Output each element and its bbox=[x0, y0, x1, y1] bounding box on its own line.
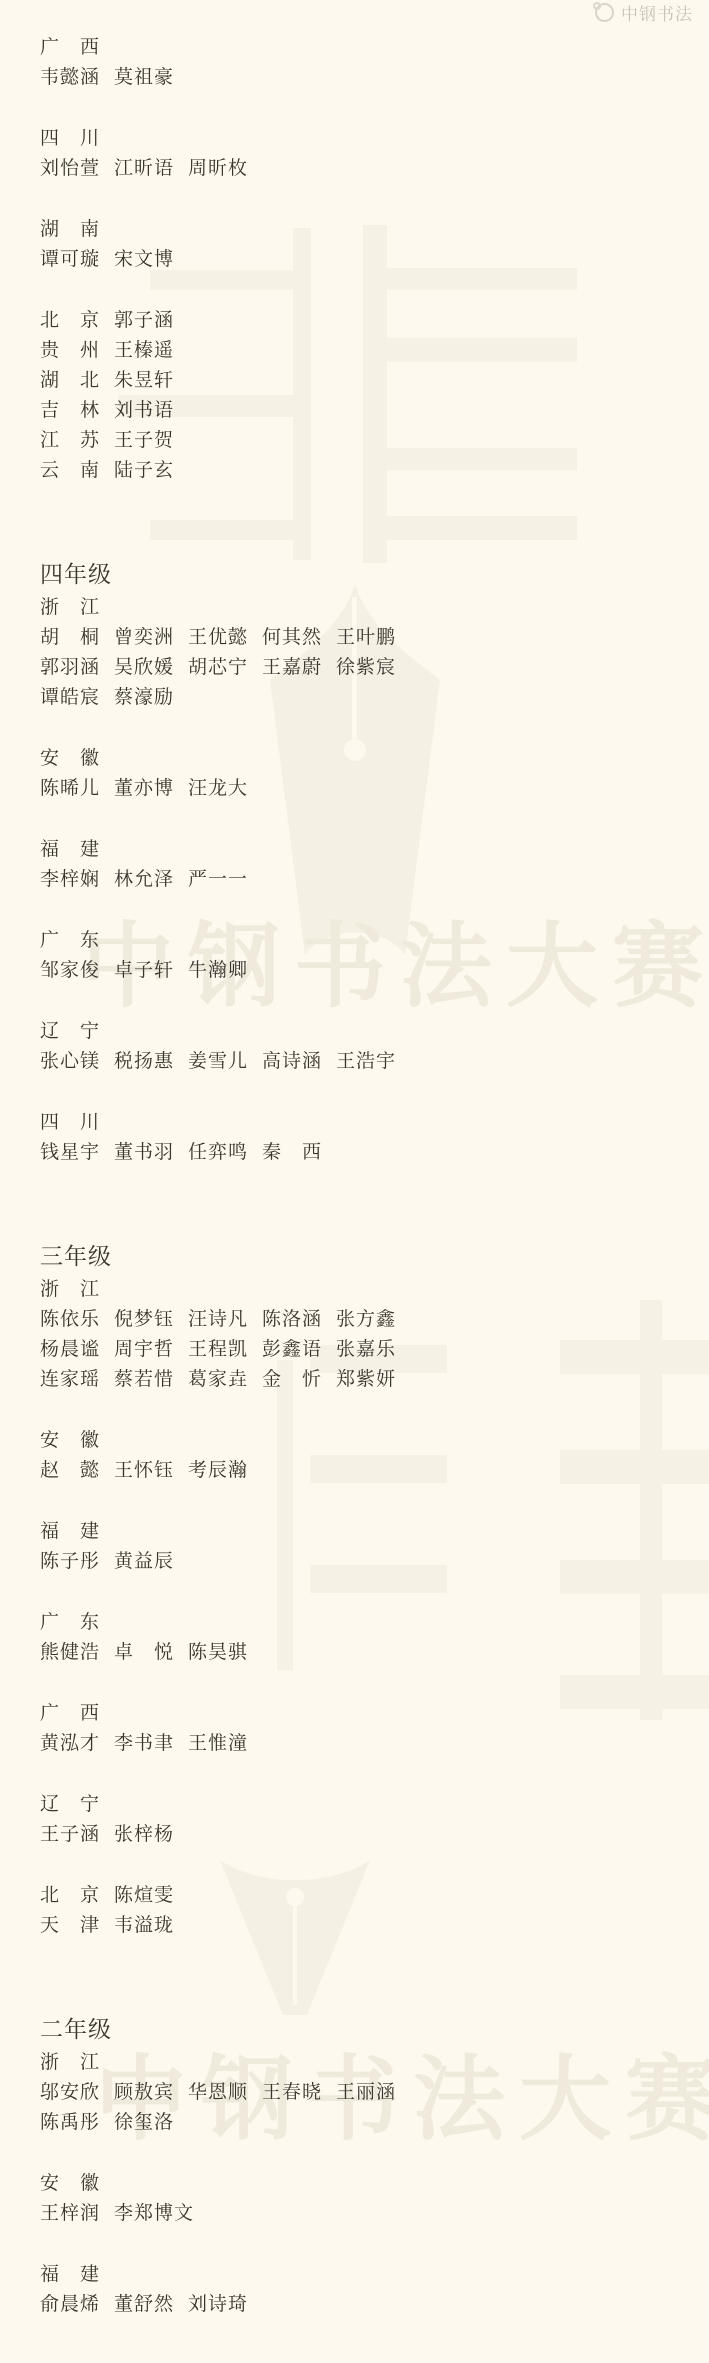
name-row: 胡 桐曾奕洲王优懿何其然王叶鹏 bbox=[40, 623, 709, 653]
winner-name: 金 忻 bbox=[262, 1365, 336, 1395]
province-row: 辽 宁 bbox=[40, 1017, 709, 1047]
winner-name: 考辰瀚 bbox=[188, 1456, 262, 1486]
province-row: 浙 江 bbox=[40, 2048, 709, 2078]
winner-name: 朱昱轩 bbox=[114, 366, 188, 396]
province-group: 福 建陈子彤黄益辰 bbox=[40, 1517, 709, 1577]
province-label: 广 东 bbox=[40, 926, 114, 956]
grade-section: 二年级浙 江邬安欣顾敖宾华恩顺王春晓王丽涵陈禹彤徐玺洛安 徽王梓润李郑博文福 建… bbox=[40, 2012, 709, 2320]
winner-name: 俞晨烯 bbox=[40, 2290, 114, 2320]
pair-row: 贵 州王榛遥 bbox=[40, 336, 709, 366]
winner-name: 林允泽 bbox=[114, 865, 188, 895]
winner-name: 陈洛涵 bbox=[262, 1305, 336, 1335]
name-row: 刘怡萱江昕语周昕枚 bbox=[40, 154, 709, 184]
province-group: 辽 宁张心镁税扬惠姜雪儿高诗涵王浩宇 bbox=[40, 1017, 709, 1077]
province-label: 北 京 bbox=[40, 1881, 114, 1911]
grade-section: 四年级浙 江胡 桐曾奕洲王优懿何其然王叶鹏郭羽涵吴欣媛胡芯宁王嘉蔚徐紫宸谭皓宸蔡… bbox=[40, 557, 709, 1168]
winner-name: 陈煊雯 bbox=[114, 1881, 188, 1911]
pair-row: 云 南陆子玄 bbox=[40, 456, 709, 486]
grade-section: 广 西韦懿涵莫祖豪四 川刘怡萱江昕语周昕枚湖 南谭可璇宋文博北 京郭子涵贵 州王… bbox=[40, 33, 709, 486]
winner-name: 陈禹彤 bbox=[40, 2108, 114, 2138]
province-label: 北 京 bbox=[40, 306, 114, 336]
name-row: 黄泓才李书聿王惟潼 bbox=[40, 1729, 709, 1759]
winner-name: 徐紫宸 bbox=[336, 653, 410, 683]
province-label: 安 徽 bbox=[40, 2169, 114, 2199]
winner-name: 黄泓才 bbox=[40, 1729, 114, 1759]
name-row: 俞晨烯董舒然刘诗琦 bbox=[40, 2290, 709, 2320]
name-row: 谭可璇宋文博 bbox=[40, 245, 709, 275]
province-row: 辽 宁 bbox=[40, 1790, 709, 1820]
winner-name: 王梓润 bbox=[40, 2199, 114, 2229]
province-row: 四 川 bbox=[40, 1108, 709, 1138]
winner-name: 王嘉蔚 bbox=[262, 653, 336, 683]
winner-name: 王惟潼 bbox=[188, 1729, 262, 1759]
province-group: 湖 南谭可璇宋文博 bbox=[40, 215, 709, 275]
winner-name: 顾敖宾 bbox=[114, 2078, 188, 2108]
province-label: 辽 宁 bbox=[40, 1790, 114, 1820]
province-label: 安 徽 bbox=[40, 744, 114, 774]
pair-row: 北 京郭子涵 bbox=[40, 306, 709, 336]
province-group: 广 西黄泓才李书聿王惟潼 bbox=[40, 1699, 709, 1759]
winner-name: 张嘉乐 bbox=[336, 1335, 410, 1365]
name-row: 张心镁税扬惠姜雪儿高诗涵王浩宇 bbox=[40, 1047, 709, 1077]
province-label: 云 南 bbox=[40, 456, 114, 486]
province-group: 四 川刘怡萱江昕语周昕枚 bbox=[40, 124, 709, 184]
province-label: 天 津 bbox=[40, 1911, 114, 1941]
winner-name: 张心镁 bbox=[40, 1047, 114, 1077]
province-label: 浙 江 bbox=[40, 593, 114, 623]
province-group: 安 徽王梓润李郑博文 bbox=[40, 2169, 709, 2229]
panda-logo-icon bbox=[595, 3, 614, 22]
winner-name: 刘怡萱 bbox=[40, 154, 114, 184]
winner-name: 王优懿 bbox=[188, 623, 262, 653]
winner-name: 刘诗琦 bbox=[188, 2290, 262, 2320]
province-row: 四 川 bbox=[40, 124, 709, 154]
grade-heading: 四年级 bbox=[40, 557, 709, 593]
province-row: 湖 南 bbox=[40, 215, 709, 245]
province-row: 福 建 bbox=[40, 1517, 709, 1547]
winner-name: 莫祖豪 bbox=[114, 63, 188, 93]
winner-name: 姜雪儿 bbox=[188, 1047, 262, 1077]
winner-name: 郭子涵 bbox=[114, 306, 188, 336]
winner-name: 王程凯 bbox=[188, 1335, 262, 1365]
winner-name: 熊健浩 bbox=[40, 1638, 114, 1668]
winner-name: 王子涵 bbox=[40, 1820, 114, 1850]
name-row: 王子涵张梓杨 bbox=[40, 1820, 709, 1850]
province-group: 广 东熊健浩卓 悦陈昊骐 bbox=[40, 1608, 709, 1668]
province-group: 浙 江邬安欣顾敖宾华恩顺王春晓王丽涵陈禹彤徐玺洛 bbox=[40, 2048, 709, 2138]
winner-name: 王子贺 bbox=[114, 426, 188, 456]
winner-name: 蔡若惜 bbox=[114, 1365, 188, 1395]
province-row: 广 东 bbox=[40, 1608, 709, 1638]
winner-name: 牛瀚卿 bbox=[188, 956, 262, 986]
winner-name: 任弈鸣 bbox=[188, 1138, 262, 1168]
winner-name: 彭鑫语 bbox=[262, 1335, 336, 1365]
winner-name: 高诗涵 bbox=[262, 1047, 336, 1077]
name-row: 陈禹彤徐玺洛 bbox=[40, 2108, 709, 2138]
winner-name: 钱星宇 bbox=[40, 1138, 114, 1168]
name-row: 李梓娴林允泽严一一 bbox=[40, 865, 709, 895]
name-row: 钱星宇董书羽任弈鸣秦 西 bbox=[40, 1138, 709, 1168]
winner-name: 徐玺洛 bbox=[114, 2108, 188, 2138]
name-row: 王梓润李郑博文 bbox=[40, 2199, 709, 2229]
name-row: 杨晨谧周宇哲王程凯彭鑫语张嘉乐 bbox=[40, 1335, 709, 1365]
province-label: 广 西 bbox=[40, 1699, 114, 1729]
winner-name: 郭羽涵 bbox=[40, 653, 114, 683]
winner-name: 周昕枚 bbox=[188, 154, 262, 184]
province-row: 安 徽 bbox=[40, 1426, 709, 1456]
province-label: 福 建 bbox=[40, 835, 114, 865]
name-row: 邬安欣顾敖宾华恩顺王春晓王丽涵 bbox=[40, 2078, 709, 2108]
province-group: 浙 江陈依乐倪梦钰汪诗凡陈洛涵张方鑫杨晨谧周宇哲王程凯彭鑫语张嘉乐连家瑶蔡若惜葛… bbox=[40, 1275, 709, 1395]
winner-name: 陈子彤 bbox=[40, 1547, 114, 1577]
province-row: 福 建 bbox=[40, 2260, 709, 2290]
province-label: 福 建 bbox=[40, 1517, 114, 1547]
winner-name: 倪梦钰 bbox=[114, 1305, 188, 1335]
pair-row: 湖 北朱昱轩 bbox=[40, 366, 709, 396]
province-row: 浙 江 bbox=[40, 1275, 709, 1305]
winner-name: 王榛遥 bbox=[114, 336, 188, 366]
pair-row: 北 京陈煊雯 bbox=[40, 1881, 709, 1911]
province-group: 浙 江胡 桐曾奕洲王优懿何其然王叶鹏郭羽涵吴欣媛胡芯宁王嘉蔚徐紫宸谭皓宸蔡濠励 bbox=[40, 593, 709, 713]
province-label: 浙 江 bbox=[40, 1275, 114, 1305]
name-row: 连家瑶蔡若惜葛家垚金 忻郑紫妍 bbox=[40, 1365, 709, 1395]
province-group: 广 西韦懿涵莫祖豪 bbox=[40, 33, 709, 93]
name-row: 赵 懿王怀钰考辰瀚 bbox=[40, 1456, 709, 1486]
winner-name: 蔡濠励 bbox=[114, 683, 188, 713]
province-label: 广 东 bbox=[40, 1608, 114, 1638]
winner-name: 胡芯宁 bbox=[188, 653, 262, 683]
province-group: 福 建李梓娴林允泽严一一 bbox=[40, 835, 709, 895]
province-row: 安 徽 bbox=[40, 2169, 709, 2199]
brand-logo: 中钢书法 bbox=[595, 0, 693, 25]
name-row: 谭皓宸蔡濠励 bbox=[40, 683, 709, 713]
winner-name: 赵 懿 bbox=[40, 1456, 114, 1486]
brand-logo-text: 中钢书法 bbox=[621, 0, 693, 25]
province-row: 广 东 bbox=[40, 926, 709, 956]
province-label: 湖 北 bbox=[40, 366, 114, 396]
winner-name: 张方鑫 bbox=[336, 1305, 410, 1335]
winner-name: 胡 桐 bbox=[40, 623, 114, 653]
province-row: 福 建 bbox=[40, 835, 709, 865]
province-group: 四 川钱星宇董书羽任弈鸣秦 西 bbox=[40, 1108, 709, 1168]
winner-name: 谭皓宸 bbox=[40, 683, 114, 713]
pair-row: 天 津韦溢珑 bbox=[40, 1911, 709, 1941]
province-label: 湖 南 bbox=[40, 215, 114, 245]
province-label: 四 川 bbox=[40, 1108, 114, 1138]
winner-name: 李梓娴 bbox=[40, 865, 114, 895]
winner-name: 邹家俊 bbox=[40, 956, 114, 986]
province-group: 福 建俞晨烯董舒然刘诗琦 bbox=[40, 2260, 709, 2320]
name-row: 陈晞儿董亦博汪龙大 bbox=[40, 774, 709, 804]
winner-name: 陆子玄 bbox=[114, 456, 188, 486]
winner-name: 韦溢珑 bbox=[114, 1911, 188, 1941]
winner-name: 陈昊骐 bbox=[188, 1638, 262, 1668]
name-row: 韦懿涵莫祖豪 bbox=[40, 63, 709, 93]
winner-name: 杨晨谧 bbox=[40, 1335, 114, 1365]
province-label: 浙 江 bbox=[40, 2048, 114, 2078]
winner-name: 李书聿 bbox=[114, 1729, 188, 1759]
winner-name: 郑紫妍 bbox=[336, 1365, 410, 1395]
winner-name: 王丽涵 bbox=[336, 2078, 410, 2108]
province-group: 安 徽赵 懿王怀钰考辰瀚 bbox=[40, 1426, 709, 1486]
province-label: 四 川 bbox=[40, 124, 114, 154]
winner-name: 连家瑶 bbox=[40, 1365, 114, 1395]
province-row: 广 西 bbox=[40, 1699, 709, 1729]
winner-name: 黄益辰 bbox=[114, 1547, 188, 1577]
province-group: 广 东邹家俊卓子轩牛瀚卿 bbox=[40, 926, 709, 986]
winner-name: 王叶鹏 bbox=[336, 623, 410, 653]
winner-name: 宋文博 bbox=[114, 245, 188, 275]
winner-name: 李郑博文 bbox=[114, 2199, 188, 2229]
province-label: 福 建 bbox=[40, 2260, 114, 2290]
winner-name: 董亦博 bbox=[114, 774, 188, 804]
winner-name: 陈晞儿 bbox=[40, 774, 114, 804]
winner-name: 王怀钰 bbox=[114, 1456, 188, 1486]
province-name-pairs: 北 京郭子涵贵 州王榛遥湖 北朱昱轩吉 林刘书语江 苏王子贺云 南陆子玄 bbox=[40, 306, 709, 486]
winner-name: 董舒然 bbox=[114, 2290, 188, 2320]
winner-name: 何其然 bbox=[262, 623, 336, 653]
winner-name: 卓子轩 bbox=[114, 956, 188, 986]
winner-name: 吴欣媛 bbox=[114, 653, 188, 683]
province-row: 浙 江 bbox=[40, 593, 709, 623]
name-list: 广 西韦懿涵莫祖豪四 川刘怡萱江昕语周昕枚湖 南谭可璇宋文博北 京郭子涵贵 州王… bbox=[0, 0, 709, 2320]
grade-heading: 三年级 bbox=[40, 1239, 709, 1275]
winner-name: 王浩宇 bbox=[336, 1047, 410, 1077]
name-row: 陈依乐倪梦钰汪诗凡陈洛涵张方鑫 bbox=[40, 1305, 709, 1335]
province-row: 安 徽 bbox=[40, 744, 709, 774]
winner-name: 张梓杨 bbox=[114, 1820, 188, 1850]
province-label: 辽 宁 bbox=[40, 1017, 114, 1047]
grade-section: 三年级浙 江陈依乐倪梦钰汪诗凡陈洛涵张方鑫杨晨谧周宇哲王程凯彭鑫语张嘉乐连家瑶蔡… bbox=[40, 1239, 709, 1941]
winner-name: 邬安欣 bbox=[40, 2078, 114, 2108]
winner-name: 陈依乐 bbox=[40, 1305, 114, 1335]
province-row: 广 西 bbox=[40, 33, 709, 63]
winner-name: 卓 悦 bbox=[114, 1638, 188, 1668]
winner-name: 谭可璇 bbox=[40, 245, 114, 275]
winner-name: 葛家垚 bbox=[188, 1365, 262, 1395]
winner-name: 王春晓 bbox=[262, 2078, 336, 2108]
name-row: 陈子彤黄益辰 bbox=[40, 1547, 709, 1577]
winner-name: 韦懿涵 bbox=[40, 63, 114, 93]
winner-name: 刘书语 bbox=[114, 396, 188, 426]
province-group: 辽 宁王子涵张梓杨 bbox=[40, 1790, 709, 1850]
pair-row: 江 苏王子贺 bbox=[40, 426, 709, 456]
name-row: 邹家俊卓子轩牛瀚卿 bbox=[40, 956, 709, 986]
winner-name: 董书羽 bbox=[114, 1138, 188, 1168]
name-row: 郭羽涵吴欣媛胡芯宁王嘉蔚徐紫宸 bbox=[40, 653, 709, 683]
winner-name: 严一一 bbox=[188, 865, 262, 895]
province-label: 广 西 bbox=[40, 33, 114, 63]
pair-row: 吉 林刘书语 bbox=[40, 396, 709, 426]
province-label: 江 苏 bbox=[40, 426, 114, 456]
winner-name: 江昕语 bbox=[114, 154, 188, 184]
grade-heading: 二年级 bbox=[40, 2012, 709, 2048]
province-label: 吉 林 bbox=[40, 396, 114, 426]
winner-name: 华恩顺 bbox=[188, 2078, 262, 2108]
winner-name: 秦 西 bbox=[262, 1138, 336, 1168]
province-name-pairs: 北 京陈煊雯天 津韦溢珑 bbox=[40, 1881, 709, 1941]
name-row: 熊健浩卓 悦陈昊骐 bbox=[40, 1638, 709, 1668]
winner-name: 税扬惠 bbox=[114, 1047, 188, 1077]
winner-name: 曾奕洲 bbox=[114, 623, 188, 653]
province-label: 安 徽 bbox=[40, 1426, 114, 1456]
winner-name: 汪诗凡 bbox=[188, 1305, 262, 1335]
winner-name: 汪龙大 bbox=[188, 774, 262, 804]
winner-name: 周宇哲 bbox=[114, 1335, 188, 1365]
province-group: 安 徽陈晞儿董亦博汪龙大 bbox=[40, 744, 709, 804]
province-label: 贵 州 bbox=[40, 336, 114, 366]
